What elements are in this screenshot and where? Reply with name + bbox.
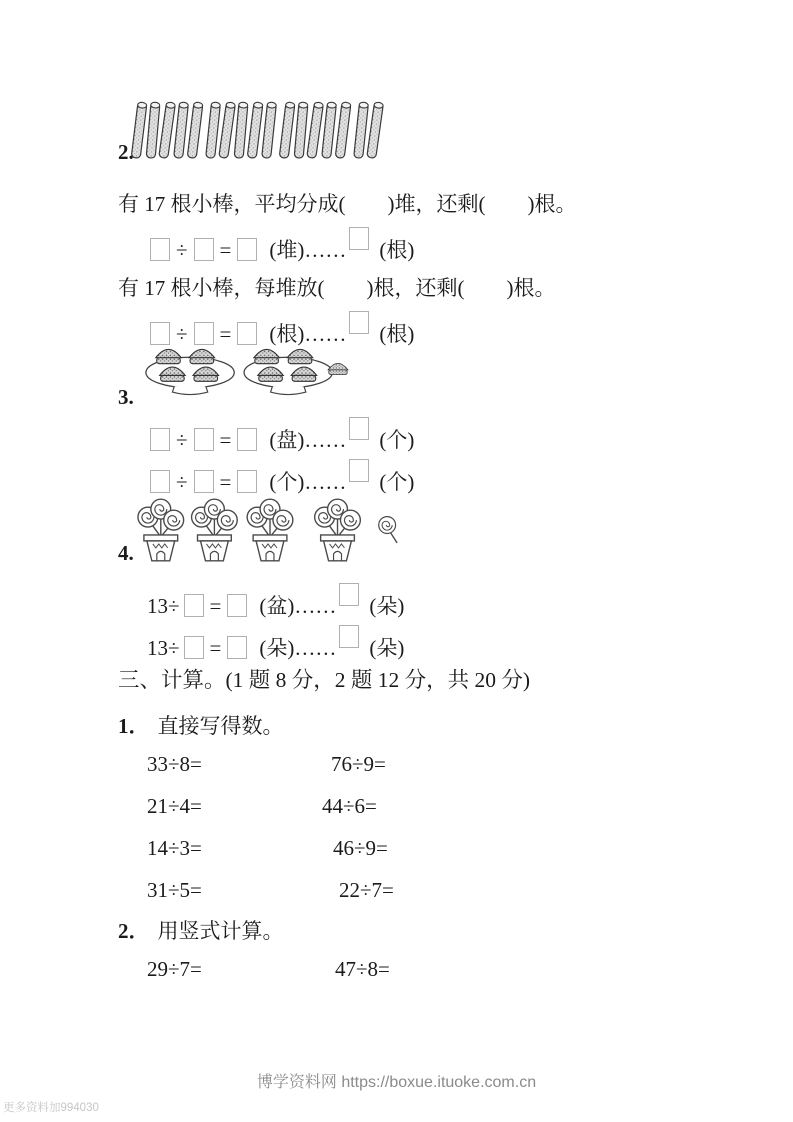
answer-box: [339, 625, 359, 648]
divide-sign: ÷: [176, 470, 188, 494]
answer-box: [339, 583, 359, 606]
equals-sign: =: [210, 594, 222, 618]
equals-sign: =: [210, 636, 222, 660]
remainder-unit: (根): [379, 322, 414, 346]
divide-sign: ÷: [176, 322, 188, 346]
answer-box: [184, 636, 204, 659]
remainder-unit: (朵): [369, 594, 404, 618]
quotient-unit: (朵)……: [259, 636, 336, 660]
section-heading: 三、计算。(1 题 8 分，2 题 12 分，共 20 分): [118, 663, 530, 694]
answer-box: [349, 311, 369, 334]
flower-pots-illustration: [132, 497, 408, 563]
calc-problem: 29÷7=: [147, 957, 202, 982]
answer-box: [349, 417, 369, 440]
answer-box: [237, 470, 257, 493]
equals-sign: =: [220, 322, 232, 346]
calc-problem: 22÷7=: [339, 878, 394, 903]
calc-problem: 76÷9=: [331, 752, 386, 777]
subsection-1-label: 直接写得数。: [158, 714, 284, 738]
question-3-number: 3.: [118, 385, 134, 410]
quotient-unit: (堆)……: [269, 238, 346, 262]
calc-problem: 46÷9=: [333, 836, 388, 861]
equals-sign: =: [220, 238, 232, 262]
answer-box: [237, 322, 257, 345]
subsection-1-title: 1．直接写得数。: [118, 710, 284, 740]
burgers-icon: [143, 345, 351, 398]
equation-q2-1: ÷=(堆)……(根): [147, 227, 414, 264]
answer-box: [150, 322, 170, 345]
question-2-prompt-2: 有 17 根小棒，每堆放( )根，还剩( )根。: [118, 272, 555, 302]
footer-site-link: 博学资料网 https://boxue.ituoke.com.cn: [0, 1069, 793, 1092]
answer-box: [349, 227, 369, 250]
remainder-unit: (个): [379, 470, 414, 494]
answer-box: [194, 470, 214, 493]
quotient-unit: (个)……: [269, 470, 346, 494]
calc-problem: 33÷8=: [147, 752, 202, 777]
answer-box: [150, 428, 170, 451]
answer-box: [237, 428, 257, 451]
answer-box: [150, 470, 170, 493]
calc-problem: 14÷3=: [147, 836, 202, 861]
quotient-unit: (盆)……: [259, 594, 336, 618]
equation-q3-1: ÷=(盘)……(个): [147, 417, 414, 454]
sticks-icon: [130, 99, 395, 163]
answer-box: [184, 594, 204, 617]
answer-box: [227, 636, 247, 659]
subsection-2-label: 用竖式计算。: [158, 919, 284, 943]
remainder-unit: (朵): [369, 636, 404, 660]
equals-sign: =: [220, 470, 232, 494]
equation-q3-2: ÷=(个)……(个): [147, 459, 414, 496]
answer-box: [237, 238, 257, 261]
dividend-text: 13÷: [147, 594, 180, 618]
answer-box: [194, 238, 214, 261]
calc-problem: 21÷4=: [147, 794, 202, 819]
burger-plates-illustration: [143, 345, 351, 398]
answer-box: [227, 594, 247, 617]
flowers-icon: [132, 497, 408, 563]
worksheet-page: 2.: [0, 0, 793, 1122]
remainder-unit: (个): [379, 428, 414, 452]
subsection-2-number: 2．: [118, 919, 150, 943]
equation-q4-1: 13÷=(盆)……(朵): [147, 583, 404, 620]
calc-problem: 44÷6=: [322, 794, 377, 819]
divide-sign: ÷: [176, 428, 188, 452]
divide-sign: ÷: [176, 238, 188, 262]
quotient-unit: (根)……: [269, 322, 346, 346]
equation-q4-2: 13÷=(朵)……(朵): [147, 625, 404, 662]
quotient-unit: (盘)……: [269, 428, 346, 452]
equation-q2-2: ÷=(根)……(根): [147, 311, 414, 348]
sticks-illustration: [130, 99, 395, 163]
equals-sign: =: [220, 428, 232, 452]
question-2-prompt-1: 有 17 根小棒，平均分成( )堆，还剩( )根。: [118, 188, 576, 218]
calc-problem: 47÷8=: [335, 957, 390, 982]
dividend-text: 13÷: [147, 636, 180, 660]
calc-problem: 31÷5=: [147, 878, 202, 903]
subsection-2-title: 2．用竖式计算。: [118, 915, 284, 945]
answer-box: [150, 238, 170, 261]
answer-box: [194, 322, 214, 345]
footer-watermark: 更多资料加994030: [3, 1099, 99, 1115]
subsection-1-number: 1．: [118, 714, 150, 738]
answer-box: [194, 428, 214, 451]
remainder-unit: (根): [379, 238, 414, 262]
answer-box: [349, 459, 369, 482]
